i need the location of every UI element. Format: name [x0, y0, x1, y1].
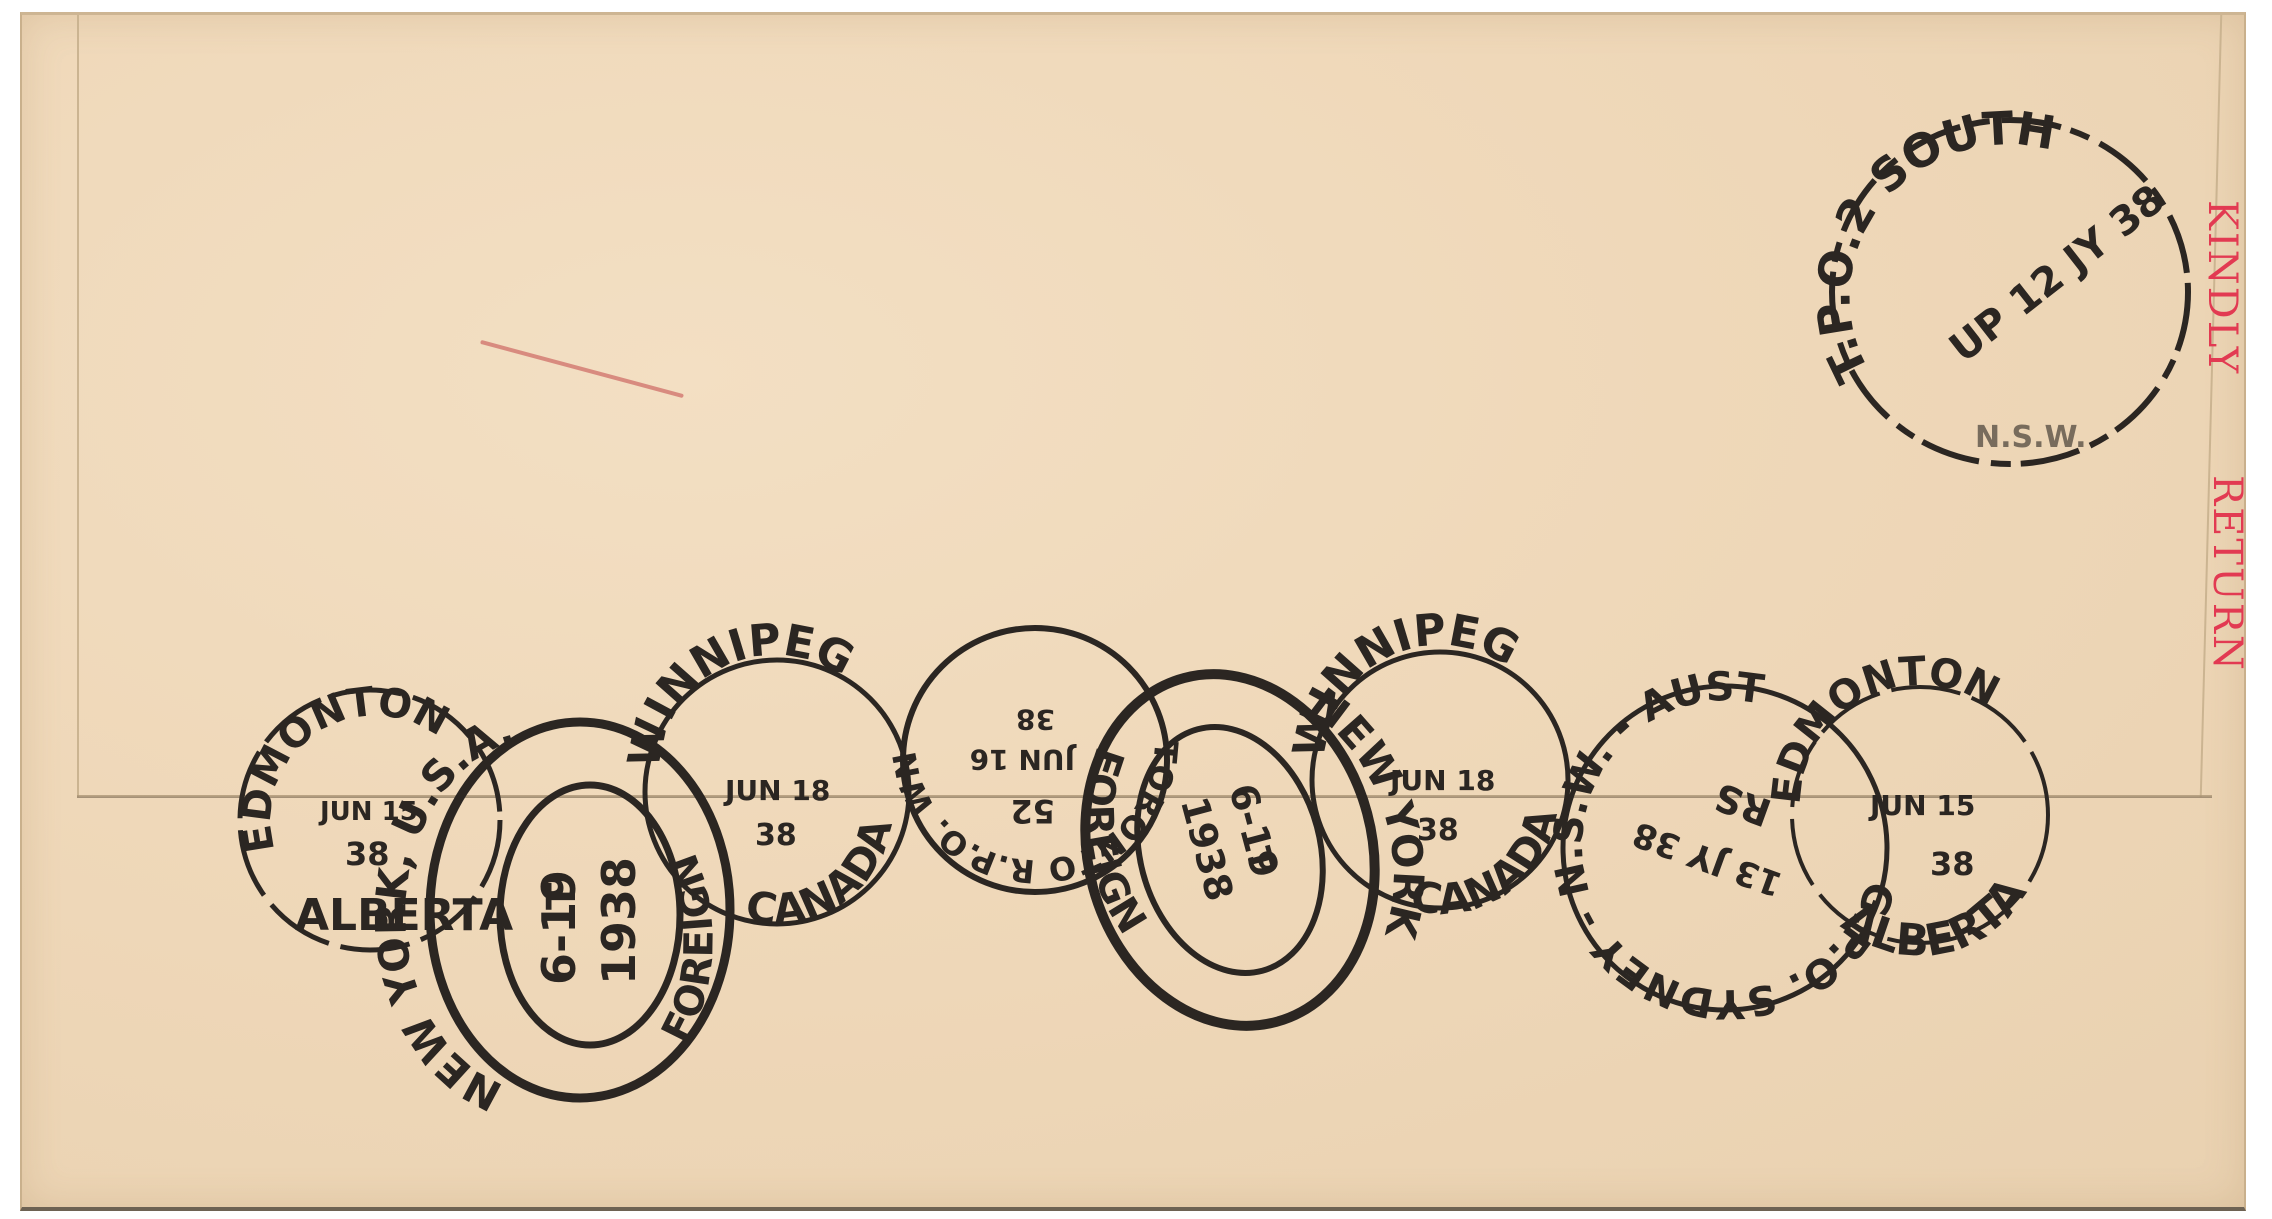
- postmark-year: 1938: [592, 857, 646, 985]
- flap-edge-right: [2200, 15, 2222, 797]
- postmark-date: JUN 15: [1868, 789, 1975, 822]
- svg-text:ALBERTA: ALBERTA: [1833, 868, 2036, 967]
- postmark-bottom: ALBERTA: [1833, 868, 2036, 967]
- postmark-mark: T: [539, 882, 585, 910]
- postmark-date: JUN 18: [723, 774, 830, 807]
- postmark-edmonton-2: EDMONTON JUN 15 38 ALBERTA: [1780, 675, 2060, 955]
- postmark-year: 38: [1417, 813, 1459, 848]
- postmark-year: 38: [755, 818, 797, 853]
- postmark-year: 38: [1930, 845, 1975, 883]
- postmark-train: 52: [1010, 792, 1055, 830]
- svg-text:T.P.O.2 SOUTH: T.P.O.2 SOUTH: [1806, 101, 2059, 391]
- postmark-date: UP 12 JY 38: [1941, 176, 2173, 372]
- postmark-tpo-south: T.P.O.2 SOUTH UP 12 JY 38 N.S.W.: [1825, 112, 2195, 472]
- red-pencil-mark: [480, 340, 684, 398]
- kindly-text: KINDLY: [2199, 200, 2245, 375]
- return-text: RETURN: [2204, 475, 2250, 672]
- postmark-winnipeg-1: WINNIPEG JUN 18 38 CANADA: [640, 650, 915, 935]
- postmark-bottom: N.S.W.: [1975, 420, 2087, 455]
- flap-edge-left: [77, 15, 79, 797]
- postmark-date: JUN 18: [1388, 764, 1495, 797]
- postmark-text: T.P.O.2 SOUTH: [1806, 101, 2059, 391]
